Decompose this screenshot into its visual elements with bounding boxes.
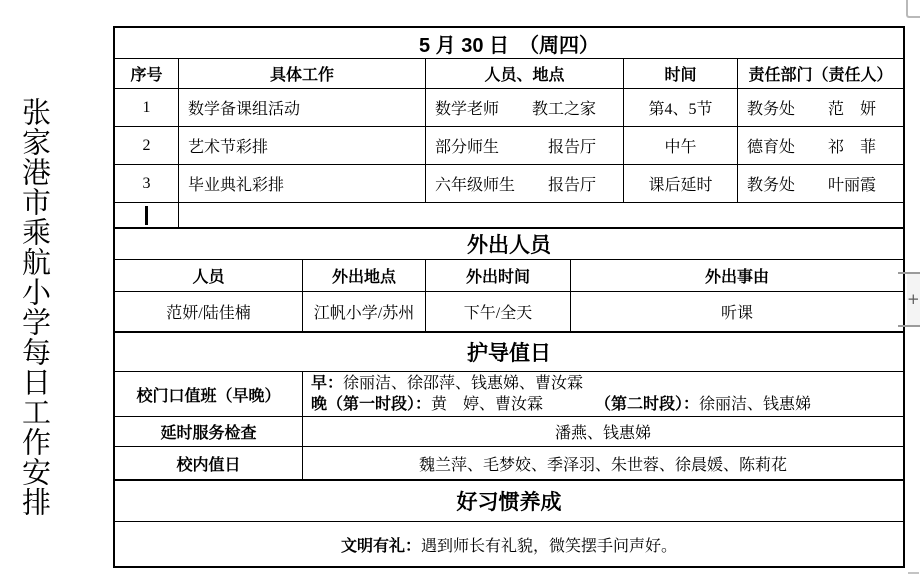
row1-person: 范 妍 [828, 96, 876, 119]
row3-people: 六年级师生 [435, 172, 515, 195]
header-cell-work[interactable]: 具体工作 [178, 59, 425, 88]
row3-no-cell[interactable]: 3 [115, 165, 178, 202]
row3-dept-cell[interactable]: 教务处 叶丽霞 [737, 165, 903, 202]
evening-slot1-names: 黄 婷、曹汝霖 [431, 394, 543, 415]
main-table-header-row: 序号 具体工作 人员、地点 时间 责任部门（责任人） [115, 58, 903, 88]
morning-prefix: 早： [311, 373, 343, 394]
date-header-row: 5 月 30 日 （周四） [115, 28, 903, 58]
duty-gate-row: 校门口值班（早晚） 早： 徐丽洁、徐邵萍、钱惠娣、曹汝霖 晚（第一时段）： 黄 … [115, 371, 903, 416]
row1-work-cell[interactable]: 数学备课组活动 [178, 89, 425, 126]
table-row: 1 数学备课组活动 数学老师 教工之家 第4、5节 教务处 范 妍 [115, 88, 903, 126]
outing-header-people[interactable]: 人员 [115, 260, 302, 291]
header-cell-time[interactable]: 时间 [623, 59, 737, 88]
row3-person: 叶丽霞 [828, 172, 876, 195]
outing-data-row: 范妍/陆佳楠 江帆小学/苏州 下午/全天 听课 [115, 291, 903, 331]
header-cell-no[interactable]: 序号 [115, 59, 178, 88]
habit-item-text: 遇到师长有礼貌，微笑摆手问声好。 [421, 533, 677, 556]
row2-no-cell[interactable]: 2 [115, 127, 178, 164]
duty-delay-row: 延时服务检查 潘燕、钱惠娣 [115, 416, 903, 446]
table-row-empty [115, 202, 903, 227]
duty-campus-names-cell[interactable]: 魏兰萍、毛梦姣、季泽羽、朱世蓉、徐晨媛、陈莉花 [302, 447, 903, 479]
row2-time-cell[interactable]: 中午 [623, 127, 737, 164]
row2-people-place-cell[interactable]: 部分师生 报告厅 [425, 127, 623, 164]
header-cell-dept[interactable]: 责任部门（责任人） [737, 59, 903, 88]
row2-place: 报告厅 [548, 134, 596, 157]
empty-row-rest-cell[interactable] [178, 203, 903, 227]
empty-row-no-cell[interactable] [115, 203, 178, 227]
row1-dept: 教务处 [747, 96, 795, 119]
row3-people-place-cell[interactable]: 六年级师生 报告厅 [425, 165, 623, 202]
row1-place: 教工之家 [532, 96, 596, 119]
row3-work-cell[interactable]: 毕业典礼彩排 [178, 165, 425, 202]
row2-dept-cell[interactable]: 德育处 祁 菲 [737, 127, 903, 164]
row3-time-cell[interactable]: 课后延时 [623, 165, 737, 202]
row1-people-place-cell[interactable]: 数学老师 教工之家 [425, 89, 623, 126]
duty-delay-label-cell[interactable]: 延时服务检查 [115, 417, 302, 446]
outing-place-cell[interactable]: 江帆小学/苏州 [302, 292, 425, 331]
header-cell-people-place[interactable]: 人员、地点 [425, 59, 623, 88]
text-cursor [145, 206, 148, 225]
duty-campus-label-cell[interactable]: 校内值日 [115, 447, 302, 479]
habit-title-row: 好习惯养成 [115, 479, 903, 521]
habit-content-row: 文明有礼： 遇到师长有礼貌，微笑摆手问声好。 [115, 521, 903, 566]
outing-header-reason[interactable]: 外出事由 [570, 260, 903, 291]
row1-dept-cell[interactable]: 教务处 范 妍 [737, 89, 903, 126]
morning-names: 徐丽洁、徐邵萍、钱惠娣、曹汝霖 [343, 373, 583, 394]
duty-title-row: 护导值日 [115, 331, 903, 371]
outing-time-cell[interactable]: 下午/全天 [425, 292, 570, 331]
outing-header-time[interactable]: 外出时间 [425, 260, 570, 291]
habit-section-title[interactable]: 好习惯养成 [115, 481, 903, 521]
row3-place: 报告厅 [548, 172, 596, 195]
scroll-widget-corner-fragment [906, 0, 920, 18]
row2-work-cell[interactable]: 艺术节彩排 [178, 127, 425, 164]
plus-icon: + [907, 292, 920, 307]
duty-campus-row: 校内值日 魏兰萍、毛梦姣、季泽羽、朱世蓉、徐晨媛、陈莉花 [115, 446, 903, 479]
outing-header-place[interactable]: 外出地点 [302, 260, 425, 291]
duty-gate-content-cell[interactable]: 早： 徐丽洁、徐邵萍、钱惠娣、曹汝霖 晚（第一时段）： 黄 婷、曹汝霖 （第二时… [302, 372, 903, 416]
row1-people: 数学老师 [435, 96, 499, 119]
row2-person: 祁 菲 [828, 134, 876, 157]
evening-slot2-names: 徐丽洁、钱惠娣 [699, 394, 811, 415]
row1-time-cell[interactable]: 第4、5节 [623, 89, 737, 126]
outing-reason-cell[interactable]: 听课 [570, 292, 903, 331]
table-row: 2 艺术节彩排 部分师生 报告厅 中午 德育处 祁 菲 [115, 126, 903, 164]
duty-delay-names-cell[interactable]: 潘燕、钱惠娣 [302, 417, 903, 446]
outing-header-row: 人员 外出地点 外出时间 外出事由 [115, 259, 903, 291]
table-row: 3 毕业典礼彩排 六年级师生 报告厅 课后延时 教务处 叶丽霞 [115, 164, 903, 202]
habit-item-label: 文明有礼： [341, 533, 421, 556]
date-header-cell[interactable]: 5 月 30 日 （周四） [115, 28, 903, 58]
row2-people: 部分师生 [435, 134, 499, 157]
row1-no-cell[interactable]: 1 [115, 89, 178, 126]
row2-dept: 德育处 [747, 134, 795, 157]
zoom-plus-button[interactable]: + [898, 272, 920, 327]
duty-gate-evening-line: 晚（第一时段）： 黄 婷、曹汝霖 （第二时段）： 徐丽洁、钱惠娣 [311, 394, 811, 415]
plus-button-body: + [907, 274, 920, 325]
bottom-scroll-fragment [908, 572, 919, 574]
evening-slot2-prefix: （第二时段）： [595, 394, 699, 415]
outing-title-row: 外出人员 [115, 227, 903, 259]
duty-section-title[interactable]: 护导值日 [115, 333, 903, 371]
evening-slot1-prefix: 晚（第一时段）： [311, 394, 431, 415]
outing-section-title[interactable]: 外出人员 [115, 229, 903, 259]
vertical-document-title: 张家港市乘航小学每日工作安排 [10, 92, 58, 522]
duty-gate-morning-line: 早： 徐丽洁、徐邵萍、钱惠娣、曹汝霖 [311, 373, 583, 394]
daily-schedule-table: 5 月 30 日 （周四） 序号 具体工作 人员、地点 时间 责任部门（责任人）… [113, 26, 905, 568]
row3-dept: 教务处 [747, 172, 795, 195]
outing-people-cell[interactable]: 范妍/陆佳楠 [115, 292, 302, 331]
duty-gate-label-cell[interactable]: 校门口值班（早晚） [115, 372, 302, 416]
habit-content-cell[interactable]: 文明有礼： 遇到师长有礼貌，微笑摆手问声好。 [115, 522, 903, 566]
